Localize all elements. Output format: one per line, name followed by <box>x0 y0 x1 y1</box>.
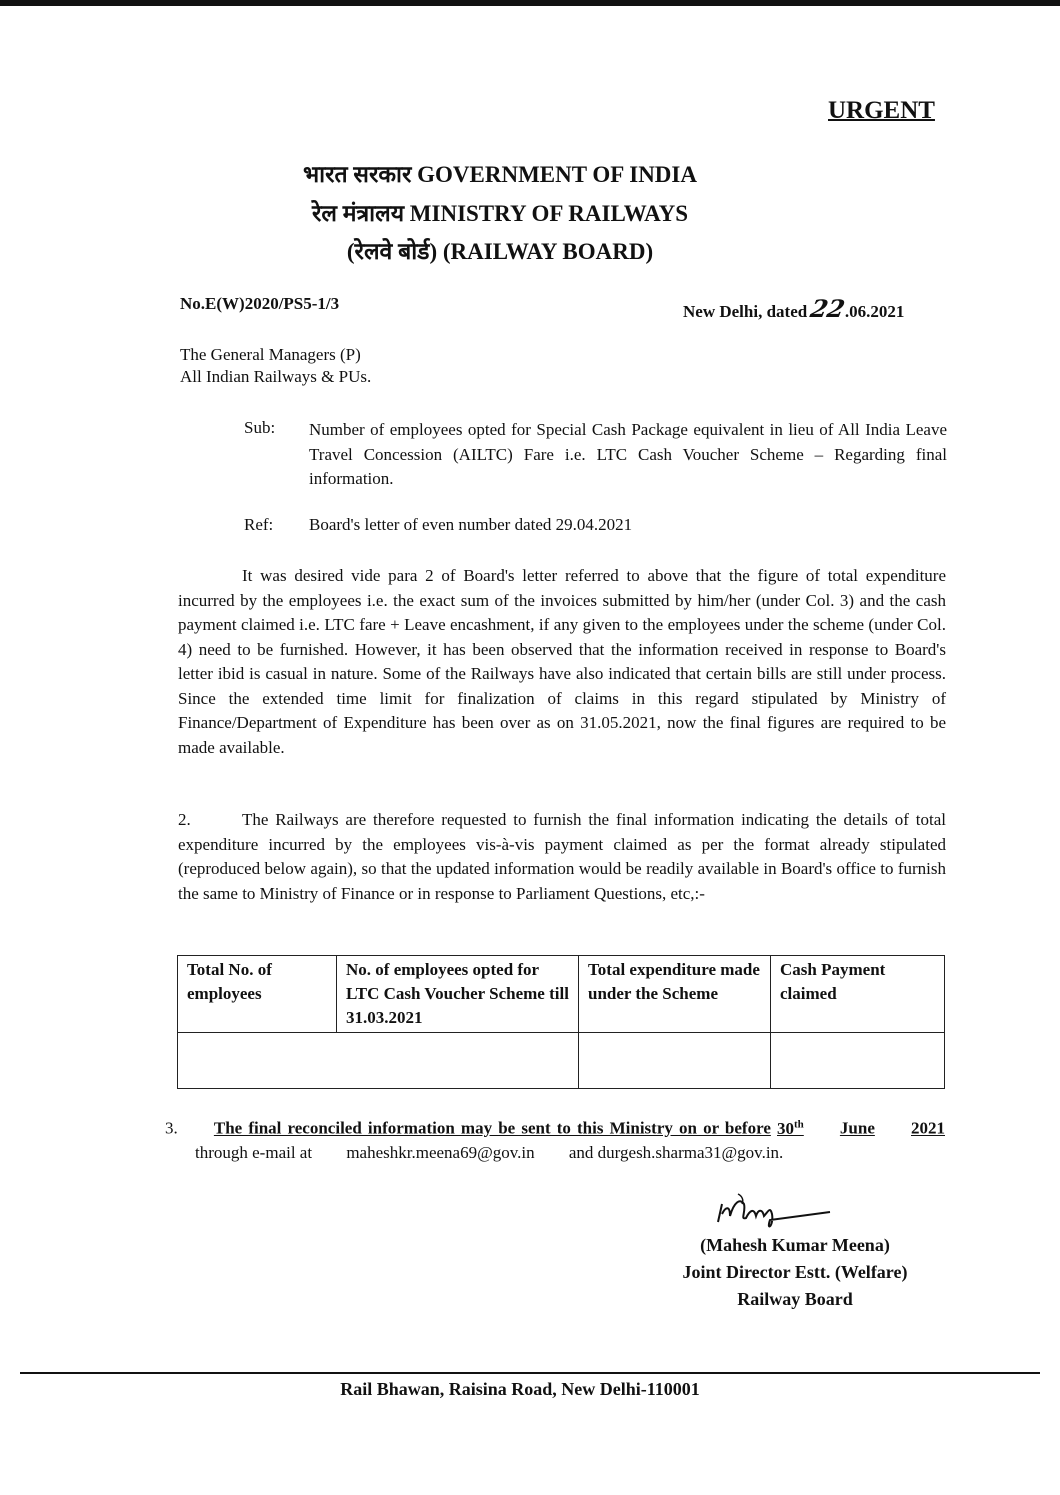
table-cell-expenditure <box>579 1033 771 1089</box>
header-board: (रेलवे बोर्ड) (RAILWAY BOARD) <box>0 234 1030 266</box>
signatory-office: Railway Board <box>630 1286 960 1313</box>
date-day-handwritten: 22 <box>808 294 848 323</box>
table-header-employees-opted: No. of employees opted for LTC Cash Vouc… <box>337 956 579 1033</box>
signatory-block: (Mahesh Kumar Meena) Joint Director Estt… <box>630 1232 960 1313</box>
table-header-row: Total No. of employees No. of employees … <box>178 956 945 1033</box>
header-ministry: रेल मंत्रालय MINISTRY OF RAILWAYS <box>0 196 1030 228</box>
subject-text: Number of employees opted for Special Ca… <box>309 418 947 492</box>
table-header-cash-payment: Cash Payment claimed <box>771 956 945 1033</box>
subject-label: Sub: <box>244 418 275 438</box>
deadline-year: 2021 <box>911 1119 945 1138</box>
reference-label: Ref: <box>244 515 273 535</box>
addressee-line-1: The General Managers (P) <box>180 345 361 365</box>
table-row <box>178 1033 945 1089</box>
table-cell-employees <box>178 1033 579 1089</box>
letter-reference-number: No.E(W)2020/PS5-1/3 <box>180 294 339 314</box>
signatory-designation: Joint Director Estt. (Welfare) <box>630 1259 960 1286</box>
paragraph-1: It was desired vide para 2 of Board's le… <box>178 564 946 760</box>
table-header-total-employees: Total No. of employees <box>178 956 337 1033</box>
paragraph-3-deadline-text: The final reconciled information may be … <box>214 1119 771 1138</box>
email-link-2[interactable]: durgesh.sharma31@gov.in. <box>598 1143 784 1162</box>
footer-address: Rail Bhawan, Raisina Road, New Delhi-110… <box>0 1379 1050 1400</box>
footer-divider <box>20 1372 1040 1374</box>
table-header-total-expenditure: Total expenditure made under the Scheme <box>579 956 771 1033</box>
email-link-1[interactable]: maheshkr.meena69@gov.in <box>346 1143 534 1162</box>
header-government: भारत सरकार GOVERNMENT OF INDIA <box>0 157 1030 189</box>
information-format-table: Total No. of employees No. of employees … <box>177 955 945 1089</box>
paragraph-3: 3. The final reconciled information may … <box>165 1112 945 1166</box>
deadline-day: 30th <box>777 1119 804 1138</box>
letter-date: New Delhi, dated 22.06.2021 <box>683 294 904 323</box>
deadline-month: June <box>840 1119 875 1138</box>
date-prefix: New Delhi, dated <box>683 302 811 321</box>
paragraph-2: 2.The Railways are therefore requested t… <box>178 808 946 906</box>
handwritten-signature <box>700 1192 840 1234</box>
paragraph-3-number: 3. <box>165 1119 178 1138</box>
paragraph-3-text: through e-mail at <box>195 1143 312 1162</box>
date-suffix: .06.2021 <box>845 302 905 321</box>
table-cell-cash-payment <box>771 1033 945 1089</box>
addressee-line-2: All Indian Railways & PUs. <box>180 367 371 387</box>
reference-text: Board's letter of even number dated 29.0… <box>309 515 632 535</box>
paragraph-3-conjunction: and <box>569 1143 594 1162</box>
scan-top-border <box>0 0 1060 6</box>
paragraph-2-number: 2. <box>178 808 242 833</box>
paragraph-2-text: The Railways are therefore requested to … <box>178 810 946 903</box>
urgent-label: URGENT <box>828 97 935 125</box>
signatory-name: (Mahesh Kumar Meena) <box>630 1232 960 1259</box>
